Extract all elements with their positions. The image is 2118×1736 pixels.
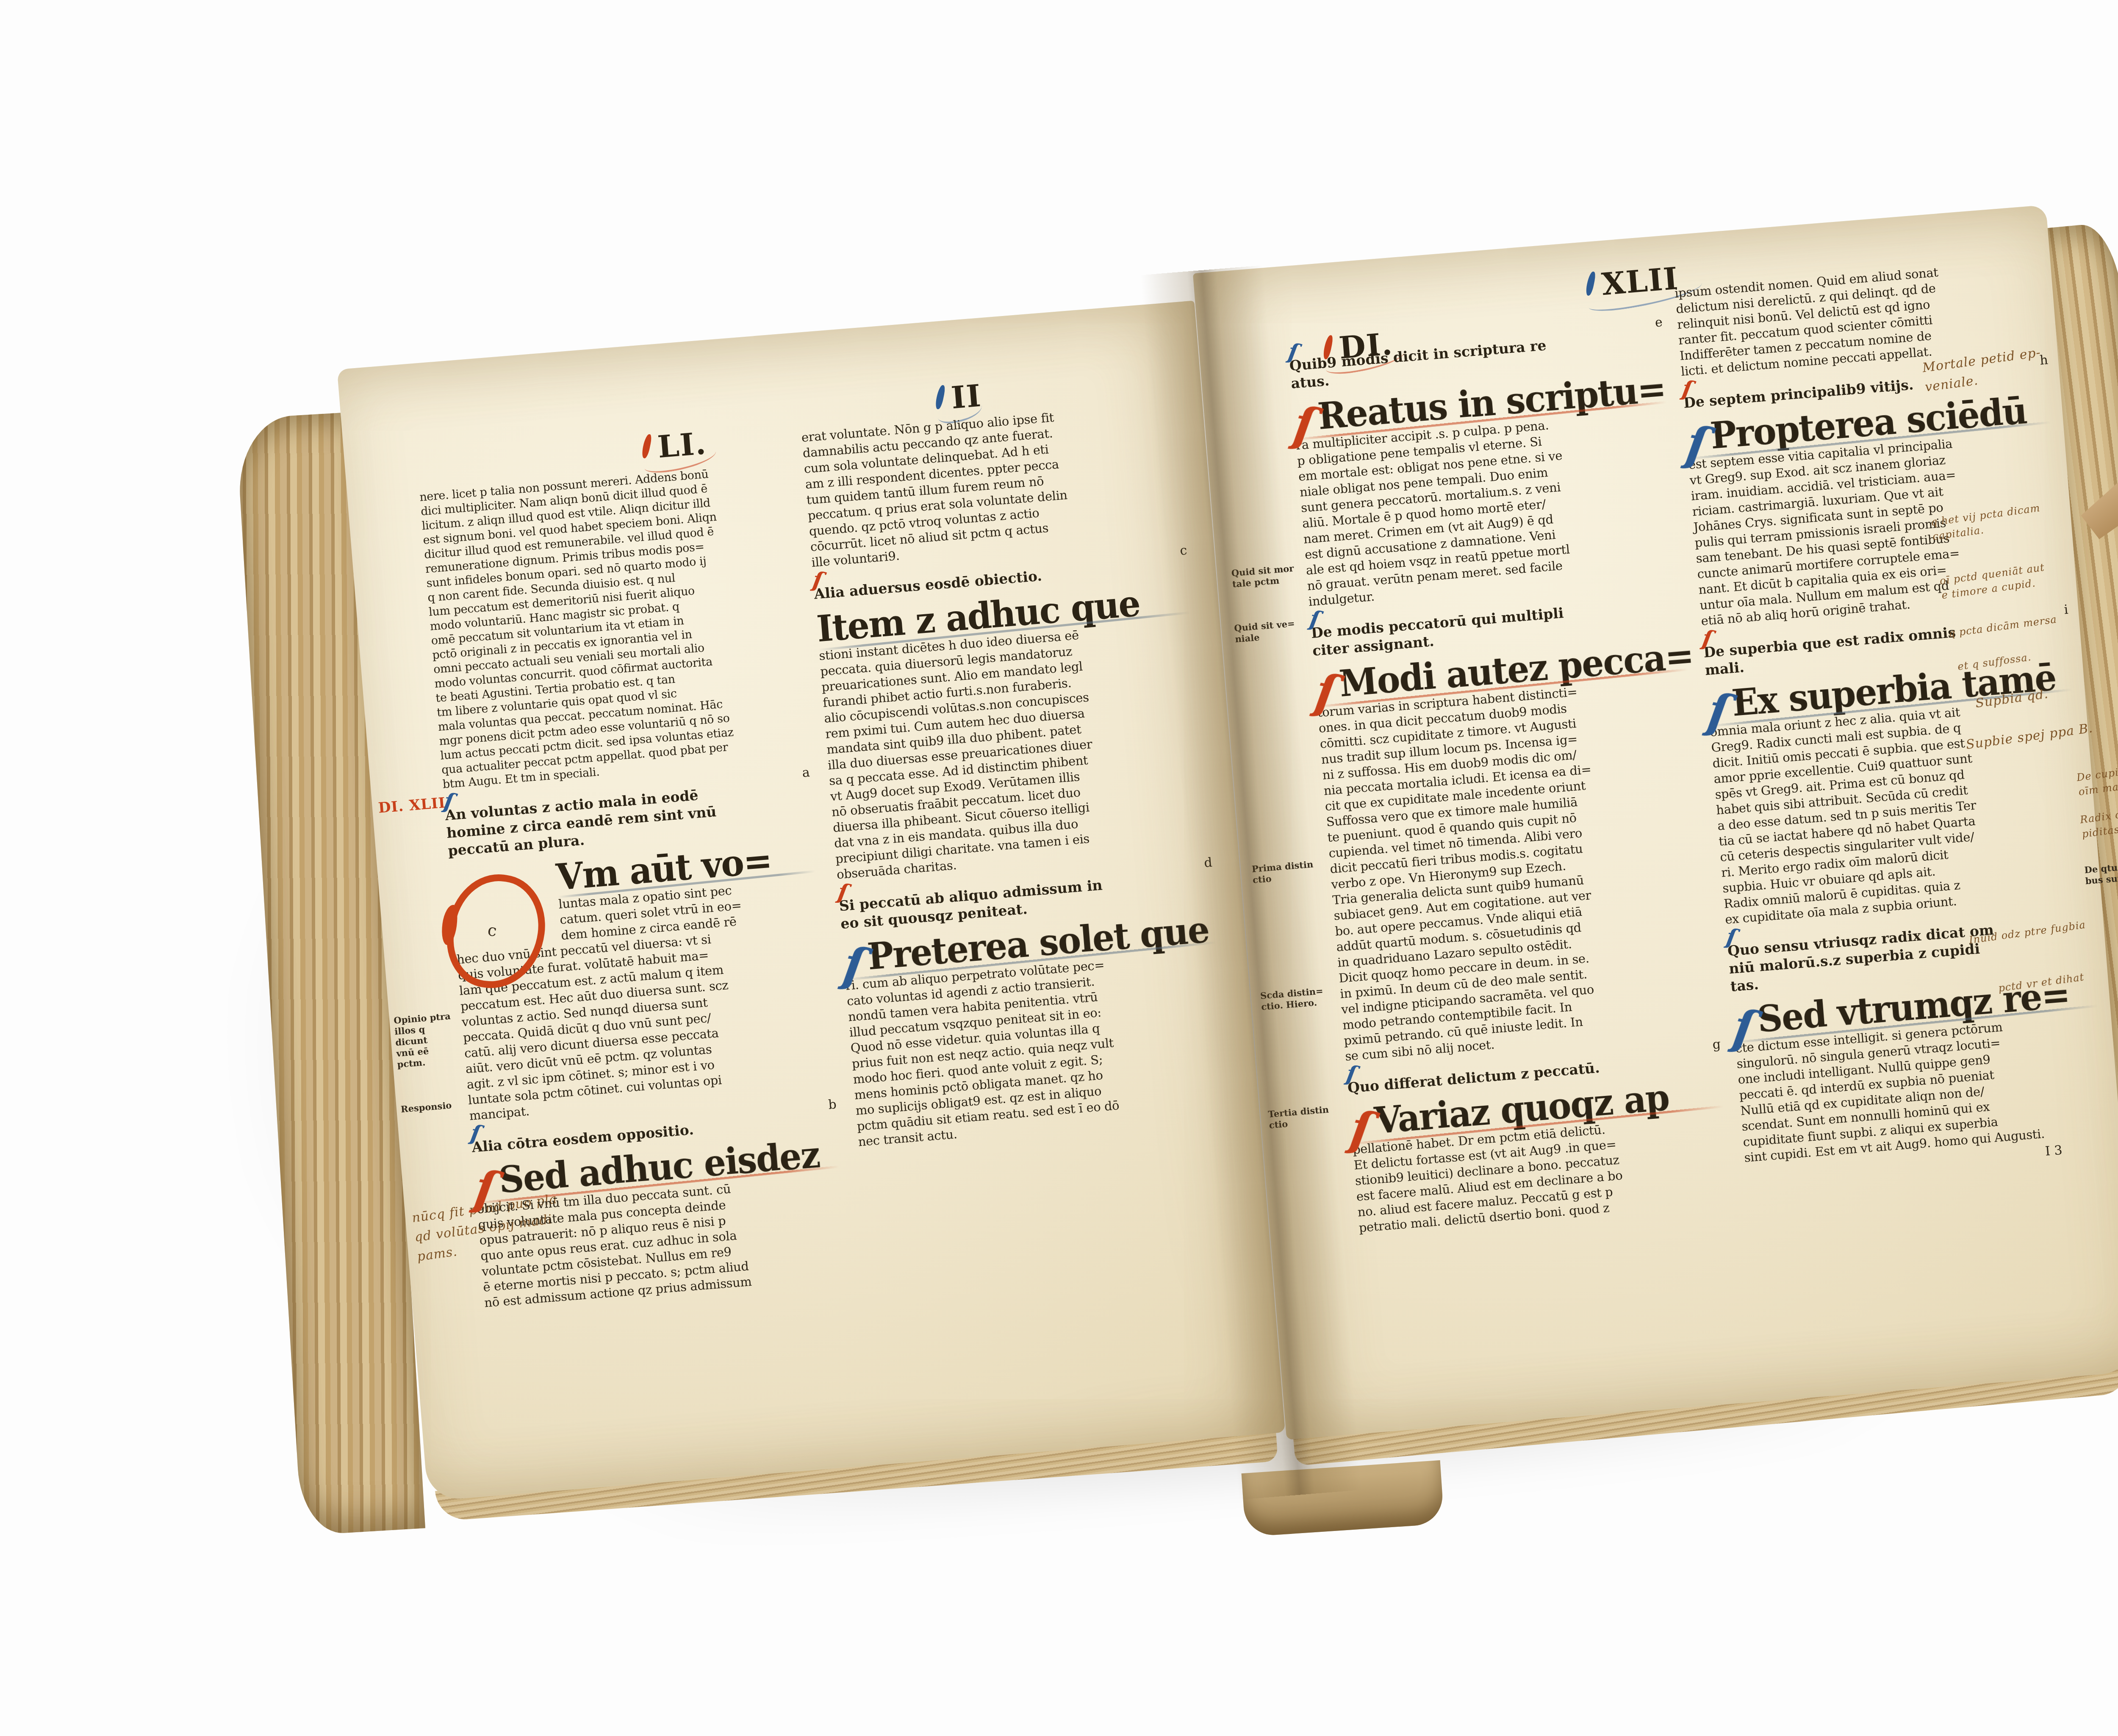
red-paraph-icon: ſ [1702,634,1713,643]
red-paraph-icon: ſ [812,575,823,585]
red-paraph-icon: ſ [1682,384,1692,394]
text-block: nere. licet p talia non possunt mereri. … [419,461,806,792]
column-letter: a [801,765,810,780]
body-lines: stioni instant dicētes h duo ideo diuers… [818,618,1209,883]
blue-flourish-icon [1585,271,1596,296]
column-letter: c [1179,543,1188,558]
right-page: DI. XLII Quid sit mortale pctm Quid sit … [1193,205,2118,1440]
body-lines: ra multipliciter accipit .s. p culpa. p … [1295,408,1681,610]
column-letter: g [1712,1037,1721,1052]
printed-chapter-number-red: DI. XLII [377,794,446,817]
section-variaz: ſVariaz quoqz ap pellationē habet. Dr em… [1349,1074,1731,1236]
blue-paraph-icon: ſ [1733,1020,1755,1036]
column-letter: d [1203,855,1213,870]
section-reatus: ſReatus in scriptu= ra multipliciter acc… [1292,369,1681,610]
text-block: erat voluntate. Nōn g p aliquo alio ipse… [801,400,1184,571]
column-letter: e [1655,315,1663,330]
right-page-column-1: ſe Quib9 modis dicit in scriptura reatus… [1288,313,1731,1236]
red-paraph-icon: ſ [837,887,848,897]
printed-margin-gloss-opinio: Opinio ptraillos q dicuntvnū eē pctm. [393,1010,461,1070]
red-paraph-icon: ſ [1350,1121,1372,1138]
spine-tail-edge [1242,1460,1444,1537]
blue-paraph-icon: ſ [1708,704,1730,720]
photograph-of-open-incunabulum: LI. II DI. XLII Opinio ptraillos q dicun… [0,0,2118,1736]
left-page: LI. II DI. XLII Opinio ptraillos q dicun… [337,301,1285,1501]
blue-paraph-icon: ſ [843,957,865,973]
section-sed-adhuc: ſSed adhuc eisdez obijcit. Si vnū tm ill… [473,1134,848,1311]
blue-paraph-icon: ſ [1726,932,1736,942]
red-paraph-icon: ſ [474,1181,496,1197]
running-head-li: LI. [656,425,708,465]
running-head-text: II [950,377,983,416]
printed-margin-gloss-mortale: Quid sit mortale pctm [1231,563,1300,590]
section-item-adhuc: Item z adhuc que stioni instant dicētes … [815,580,1209,882]
blue-paraph-icon: ſ [1346,1069,1356,1079]
section-cum-aut-voluntas: c Vm aūt vo= luntas mala z opatio sint p… [449,837,833,1124]
running-head-xlii: XLII [1600,260,1680,302]
blue-paraph-icon: ſ [1309,614,1320,624]
red-paraph-icon: ſ [1315,684,1337,701]
printed-margin-gloss-veniale: Quid sit ve=niale [1234,618,1303,645]
blue-paraph-icon: ſ [444,797,454,807]
initial-guide-letter: c [487,921,498,940]
blue-paraph-icon: ſ [470,1129,481,1138]
running-head-ii: II [950,377,983,416]
printed-margin-gloss-responsio: Responsio [400,1099,465,1115]
section-preterea: ſPreterea solet que ri. cum ab aliquo pe… [842,910,1230,1150]
column-letter: b [828,1097,837,1112]
printed-margin-gloss-prima: Prima distinctio [1251,858,1321,886]
left-page-column-2: erat voluntate. Nōn g p aliquo alio ipse… [801,400,1231,1150]
blue-flourish-icon [934,384,946,410]
printed-margin-gloss-tertia: Tertia distinctio [1268,1104,1337,1131]
blue-paraph-icon: ſ [1686,436,1708,453]
printed-sidenote-species-superbie: De qtuor spēbus supbie [2084,860,2118,887]
right-page-column-2: ipsum ostendit nomen. Quid em aliud sona… [1674,257,2110,1183]
body-lines: ri. cum ab aliquo perpetrato volūtate pe… [845,948,1231,1150]
left-page-column-1: nere. licet p talia non possunt mereri. … [419,461,848,1311]
running-head-text: LI. [656,425,708,465]
open-book: LI. II DI. XLII Opinio ptraillos q dicun… [216,197,2118,1595]
running-head-text: XLII [1600,260,1680,302]
blue-paraph-icon: ſ [1288,347,1298,357]
red-paraph-icon: ſ [1293,417,1315,433]
section-sed-utrumque: ſSed vtrumqz re= cte dictum esse intelli… [1732,973,2110,1183]
red-flourish-icon [641,433,652,459]
printed-margin-gloss-secunda: Scda distin=ctio. Hiero. [1260,985,1329,1013]
section-modi: ſModi autez pecca= torum varias in scrip… [1314,637,1717,1065]
body-lines: torum varias in scriptura habent distinc… [1317,675,1717,1065]
